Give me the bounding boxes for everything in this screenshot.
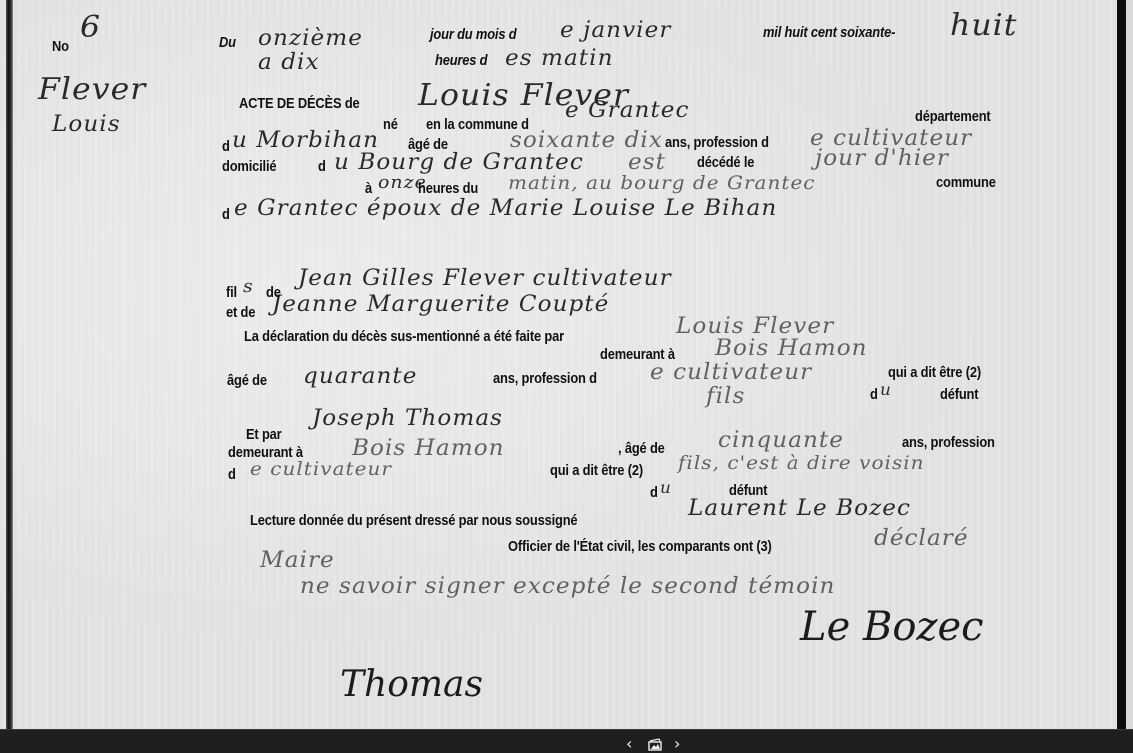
printed-defunt-1: défunt [940,386,978,403]
printed-officier: Officier de l'État civil, les comparants… [508,538,772,555]
printed-qui-a-dit-etre-2: qui a dit être (2) [550,462,643,479]
printed-et-de: et de [226,304,255,321]
printed-ans-profession-2: ans, profession [902,434,995,451]
viewer-toolbar: ‹ › [0,729,1133,753]
hw-marital: e Grantec époux de Marie Louise Le Bihan [234,196,777,221]
printed-du-2: d [650,484,658,501]
hw-declarant-1-residence: Bois Hamon [715,336,868,361]
hw-declarant-2-age: cinquante [718,428,844,453]
hw-declarant-1-profession: e cultivateur [650,360,812,385]
printed-du: Du [219,34,236,51]
printed-ans-profession-1: ans, profession d [493,370,597,387]
hw-date-death: jour d'hier [815,146,949,171]
document-viewer[interactable]: No 6 Flever Louis Du onzième jour du moi… [0,0,1133,729]
printed-et-par: Et par [246,426,282,443]
signature-witness: Thomas [340,664,483,705]
next-image-button[interactable]: › [674,736,680,752]
printed-d-domicile: d [318,158,326,175]
printed-du-1: d [870,386,878,403]
hw-declarant-2: Joseph Thomas [312,406,503,431]
hw-comparants: déclaré [874,526,969,551]
hw-officer: Laurent Le Bozec [688,496,911,521]
hw-hour: a dix [258,50,320,75]
record-number-label: No [52,38,69,55]
printed-acte-de-deces: ACTE DE DÉCÈS de [239,95,360,112]
printed-heures-du: heures du [418,180,478,197]
scanned-page: No 6 Flever Louis Du onzième jour du moi… [0,0,1133,729]
printed-age-de-2: , âgé de [618,440,665,457]
signature-officer: Le Bozec [800,604,984,650]
printed-jour-du-mois: jour du mois d [430,26,516,43]
printed-lecture: Lecture donnée du présent dressé par nou… [250,512,577,529]
page-right-margin [1126,0,1133,729]
printed-declaration: La déclaration du décès sus-mentionné a … [244,328,564,345]
printed-a: à [365,180,372,197]
hw-time-of-day: es matin [505,46,613,71]
hw-mother: Jeanne Marguerite Coupté [272,292,609,317]
hw-declarant-1-age: quarante [303,364,417,389]
previous-image-button[interactable]: ‹ [626,736,632,752]
printed-d-profession-2: d [228,466,236,483]
printed-age-de-1: âgé de [227,372,267,389]
margin-surname: Flever [38,72,146,107]
hw-declarant-2-profession: e cultivateur [250,458,392,480]
hw-month: e janvier [560,18,671,43]
printed-ne: né [383,116,398,133]
printed-fil: fil [226,284,237,301]
hw-declarant-2-du: u [660,478,672,497]
hw-day: onzième [258,26,363,51]
printed-d-department: d [222,138,230,155]
printed-d-commune: d [222,206,230,223]
printed-domicilie: domicilié [222,158,276,175]
hw-declarant-1-du: u [880,380,892,399]
printed-heures-d: heures d [435,52,487,69]
hw-note-line-1: Maire [260,548,335,573]
printed-mil-huit-cent: mil huit cent soixante- [763,24,895,41]
page-right-edge [1117,0,1126,729]
hw-note-line-2: ne savoir signer excepté le second témoi… [300,574,835,599]
hw-time-death: matin, au bourg de Grantec [508,172,816,194]
printed-commune: commune [936,174,996,191]
hw-fils-suffix: s [243,276,254,297]
printed-ans-profession: ans, profession d [665,134,769,151]
hw-father: Jean Gilles Flever cultivateur [298,266,672,291]
image-gallery-icon-svg [648,738,662,751]
margin-given-name: Louis [52,112,121,137]
record-number-value: 6 [80,10,101,45]
printed-departement: département [915,108,991,125]
printed-decede-le: décédé le [697,154,754,171]
hw-declarant-2-relation: fils, c'est à dire voisin [678,452,925,474]
printed-qui-a-dit-etre-1: qui a dit être (2) [888,364,981,381]
image-gallery-icon[interactable] [648,738,664,752]
hw-birth-commune: e Grantec [565,98,690,123]
hw-declarant-1-relation: fils [706,384,745,409]
hw-year: huit [950,8,1018,43]
page-left-edge [6,0,13,729]
